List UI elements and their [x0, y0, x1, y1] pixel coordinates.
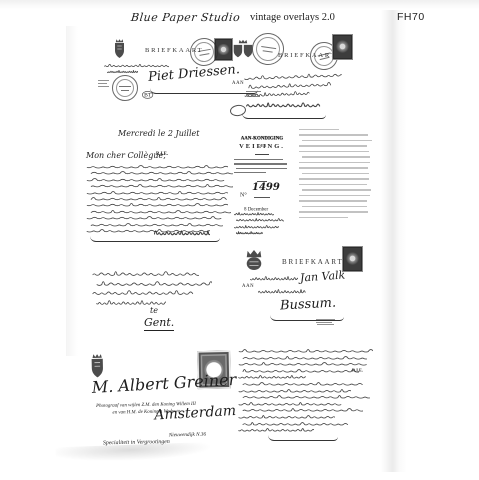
specialty-text: Specialiteit in Vergrootingen	[103, 438, 170, 446]
handwritten-letter: Mercredi le 2 Juillet R.I.E. Mon cher Co…	[84, 127, 234, 241]
product-code: FH70	[397, 11, 425, 23]
signature-flourish	[90, 236, 220, 242]
verse-mark-text: R.I.E.	[352, 368, 363, 373]
vintage-overlays-sheet: Blue Paper Studio vintage overlays 2.0 F…	[0, 0, 479, 480]
printed-imprint	[246, 91, 261, 99]
address-handwriting	[92, 268, 214, 306]
briefkaart-label: BRIEFKAART	[282, 258, 344, 266]
city-script: Amsterdam	[154, 403, 237, 424]
city-gent: Gent.	[144, 316, 174, 331]
bt-mark-text: BT	[142, 91, 153, 99]
verse-mark: R.I.E.	[352, 361, 370, 379]
number-label-text: N°	[240, 191, 247, 198]
postage-stamp-icon	[332, 34, 353, 60]
specialty-line: Specialiteit in Vergrootingen	[103, 432, 206, 452]
bt-mark: BT	[142, 86, 158, 104]
letter-dateline: Mercredi le 2 Juillet	[118, 129, 199, 138]
divider	[254, 197, 270, 198]
postmark-side-print	[98, 80, 109, 89]
aan-text: AAN	[242, 283, 254, 288]
addressee-name: Jan Valk	[300, 268, 346, 284]
notice-subtitle: VEILING.	[228, 143, 296, 150]
postmark-icon	[112, 75, 138, 101]
greiner-card: M. Albert Greiner Photograaf van wijlen …	[79, 348, 237, 445]
address-line2-handwriting	[258, 286, 322, 295]
number-value: 1499	[252, 182, 280, 193]
crown-arms-icon	[244, 248, 264, 272]
coat-of-arms-icon	[112, 38, 127, 60]
photographer-name: M. Albert Greiner	[91, 370, 236, 397]
notice-handwriting	[234, 210, 290, 236]
address-block: te Gent.	[88, 264, 218, 338]
brand-script: Blue Paper Studio	[130, 11, 241, 24]
printed-notice: AAN-KONDIGING DER VEILING. N° 1499 8 Dec…	[228, 126, 296, 238]
divider	[255, 154, 269, 155]
page-top-shadow	[0, 0, 479, 9]
notice-paragraph	[234, 159, 290, 177]
city-signature: Bussum.	[280, 296, 337, 314]
newspaper-column	[299, 129, 371, 222]
letter-salutation: Mon cher Collègue,	[86, 151, 166, 160]
postcard-top-right: BRIEFKAART AAN	[230, 33, 374, 125]
signature-handwriting	[246, 99, 324, 109]
letter-body-handwriting	[86, 163, 232, 233]
postmark-icon	[250, 31, 286, 67]
te-word: te	[150, 306, 158, 315]
double-coat-of-arms-icon	[232, 38, 254, 62]
page-left-shadow	[66, 26, 78, 356]
postage-stamp-icon	[342, 246, 363, 272]
postcard-middle-right: BRIEFKAART AAN Jan Valk Bussum.	[242, 245, 368, 333]
verse-final-underline	[268, 435, 338, 441]
coat-of-arms-icon	[87, 353, 108, 379]
printed-imprint	[316, 319, 335, 327]
aan-text: AAN	[232, 80, 244, 85]
address-handwriting	[244, 69, 365, 99]
signature-underline	[242, 113, 326, 119]
address-prefix-handwriting	[250, 273, 298, 282]
verse-handwriting	[238, 347, 374, 433]
page-curl-shadow	[381, 10, 407, 472]
sheet-title: vintage overlays 2.0	[250, 12, 335, 23]
handwritten-verse: R.I.E.	[238, 347, 374, 442]
